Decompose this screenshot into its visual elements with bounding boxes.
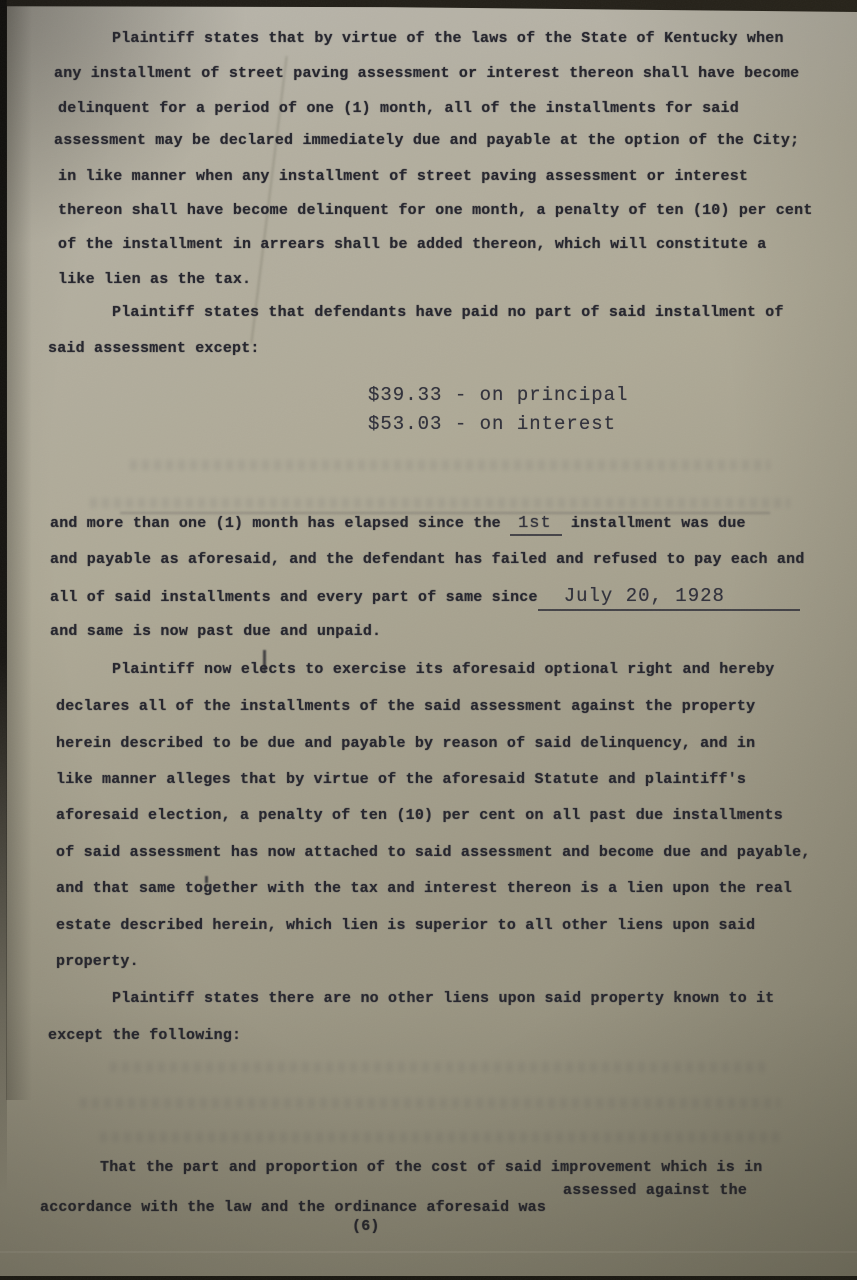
bleed-through-smudge <box>130 460 770 470</box>
doc-line-offset: assessed against the <box>563 1182 747 1199</box>
bleed-through-smudge <box>100 1132 780 1142</box>
doc-line: of said assessment has now attached to s… <box>56 844 811 861</box>
doc-line: declares all of the installments of the … <box>56 698 755 715</box>
doc-line: aforesaid election, a penalty of ten (10… <box>56 807 783 824</box>
paper-grain <box>0 0 857 1280</box>
doc-line: like manner alleges that by virtue of th… <box>56 771 746 788</box>
interest-amount-line: $53.03 - on interest <box>368 413 616 435</box>
page-bottom-edge-highlight <box>0 1251 857 1253</box>
doc-line: any installment of street paving assessm… <box>54 65 799 82</box>
doc-line: Plaintiff states that defendants have pa… <box>112 304 784 321</box>
bleed-through-smudge <box>90 498 790 508</box>
scan-top-edge <box>0 0 857 13</box>
doc-line: Plaintiff states that by virtue of the l… <box>112 30 784 47</box>
line-post: installment was due <box>562 515 746 532</box>
doc-line: Plaintiff states there are no other lien… <box>112 990 775 1007</box>
doc-line: all of said installments and every part … <box>50 585 800 611</box>
doc-line: assessment may be declared immediately d… <box>54 132 799 149</box>
doc-line: property. <box>56 953 139 970</box>
doc-line: Plaintiff now elects to exercise its afo… <box>112 661 775 678</box>
page-number: (6) <box>352 1218 380 1235</box>
doc-line: and more than one (1) month has elapsed … <box>50 514 746 533</box>
delinquency-date-fill: July 20, 1928 <box>538 585 800 611</box>
doc-line: of the installment in arrears shall be a… <box>58 236 767 253</box>
doc-line: like lien as the tax. <box>58 271 251 288</box>
line-pre: all of said installments and every part … <box>50 589 538 606</box>
doc-line: That the part and proportion of the cost… <box>100 1159 763 1176</box>
installment-number-fill: 1st <box>510 514 562 536</box>
doc-line: estate described herein, which lien is s… <box>56 917 755 934</box>
principal-amount-line: $39.33 - on principal <box>368 384 628 406</box>
line-pre: and more than one (1) month has elapsed … <box>50 515 510 532</box>
scan-left-shadow <box>6 0 32 1100</box>
doc-line: in like manner when any installment of s… <box>58 168 748 185</box>
doc-line: said assessment except: <box>48 340 260 357</box>
doc-line: thereon shall have become delinquent for… <box>58 202 813 219</box>
doc-line: except the following: <box>48 1027 241 1044</box>
bleed-through-smudge <box>110 1062 770 1072</box>
doc-line: and that same together with the tax and … <box>56 880 792 897</box>
doc-line: accordance with the law and the ordinanc… <box>40 1199 546 1216</box>
doc-line: herein described to be due and payable b… <box>56 735 755 752</box>
doc-line: and payable as aforesaid, and the defend… <box>50 551 805 568</box>
scan-bottom-edge <box>0 1276 857 1280</box>
bleed-through-smudge <box>80 1098 780 1108</box>
doc-line: delinquent for a period of one (1) month… <box>58 100 739 117</box>
scanned-document-page: Plaintiff states that by virtue of the l… <box>0 0 857 1280</box>
doc-line: and same is now past due and unpaid. <box>50 623 381 640</box>
